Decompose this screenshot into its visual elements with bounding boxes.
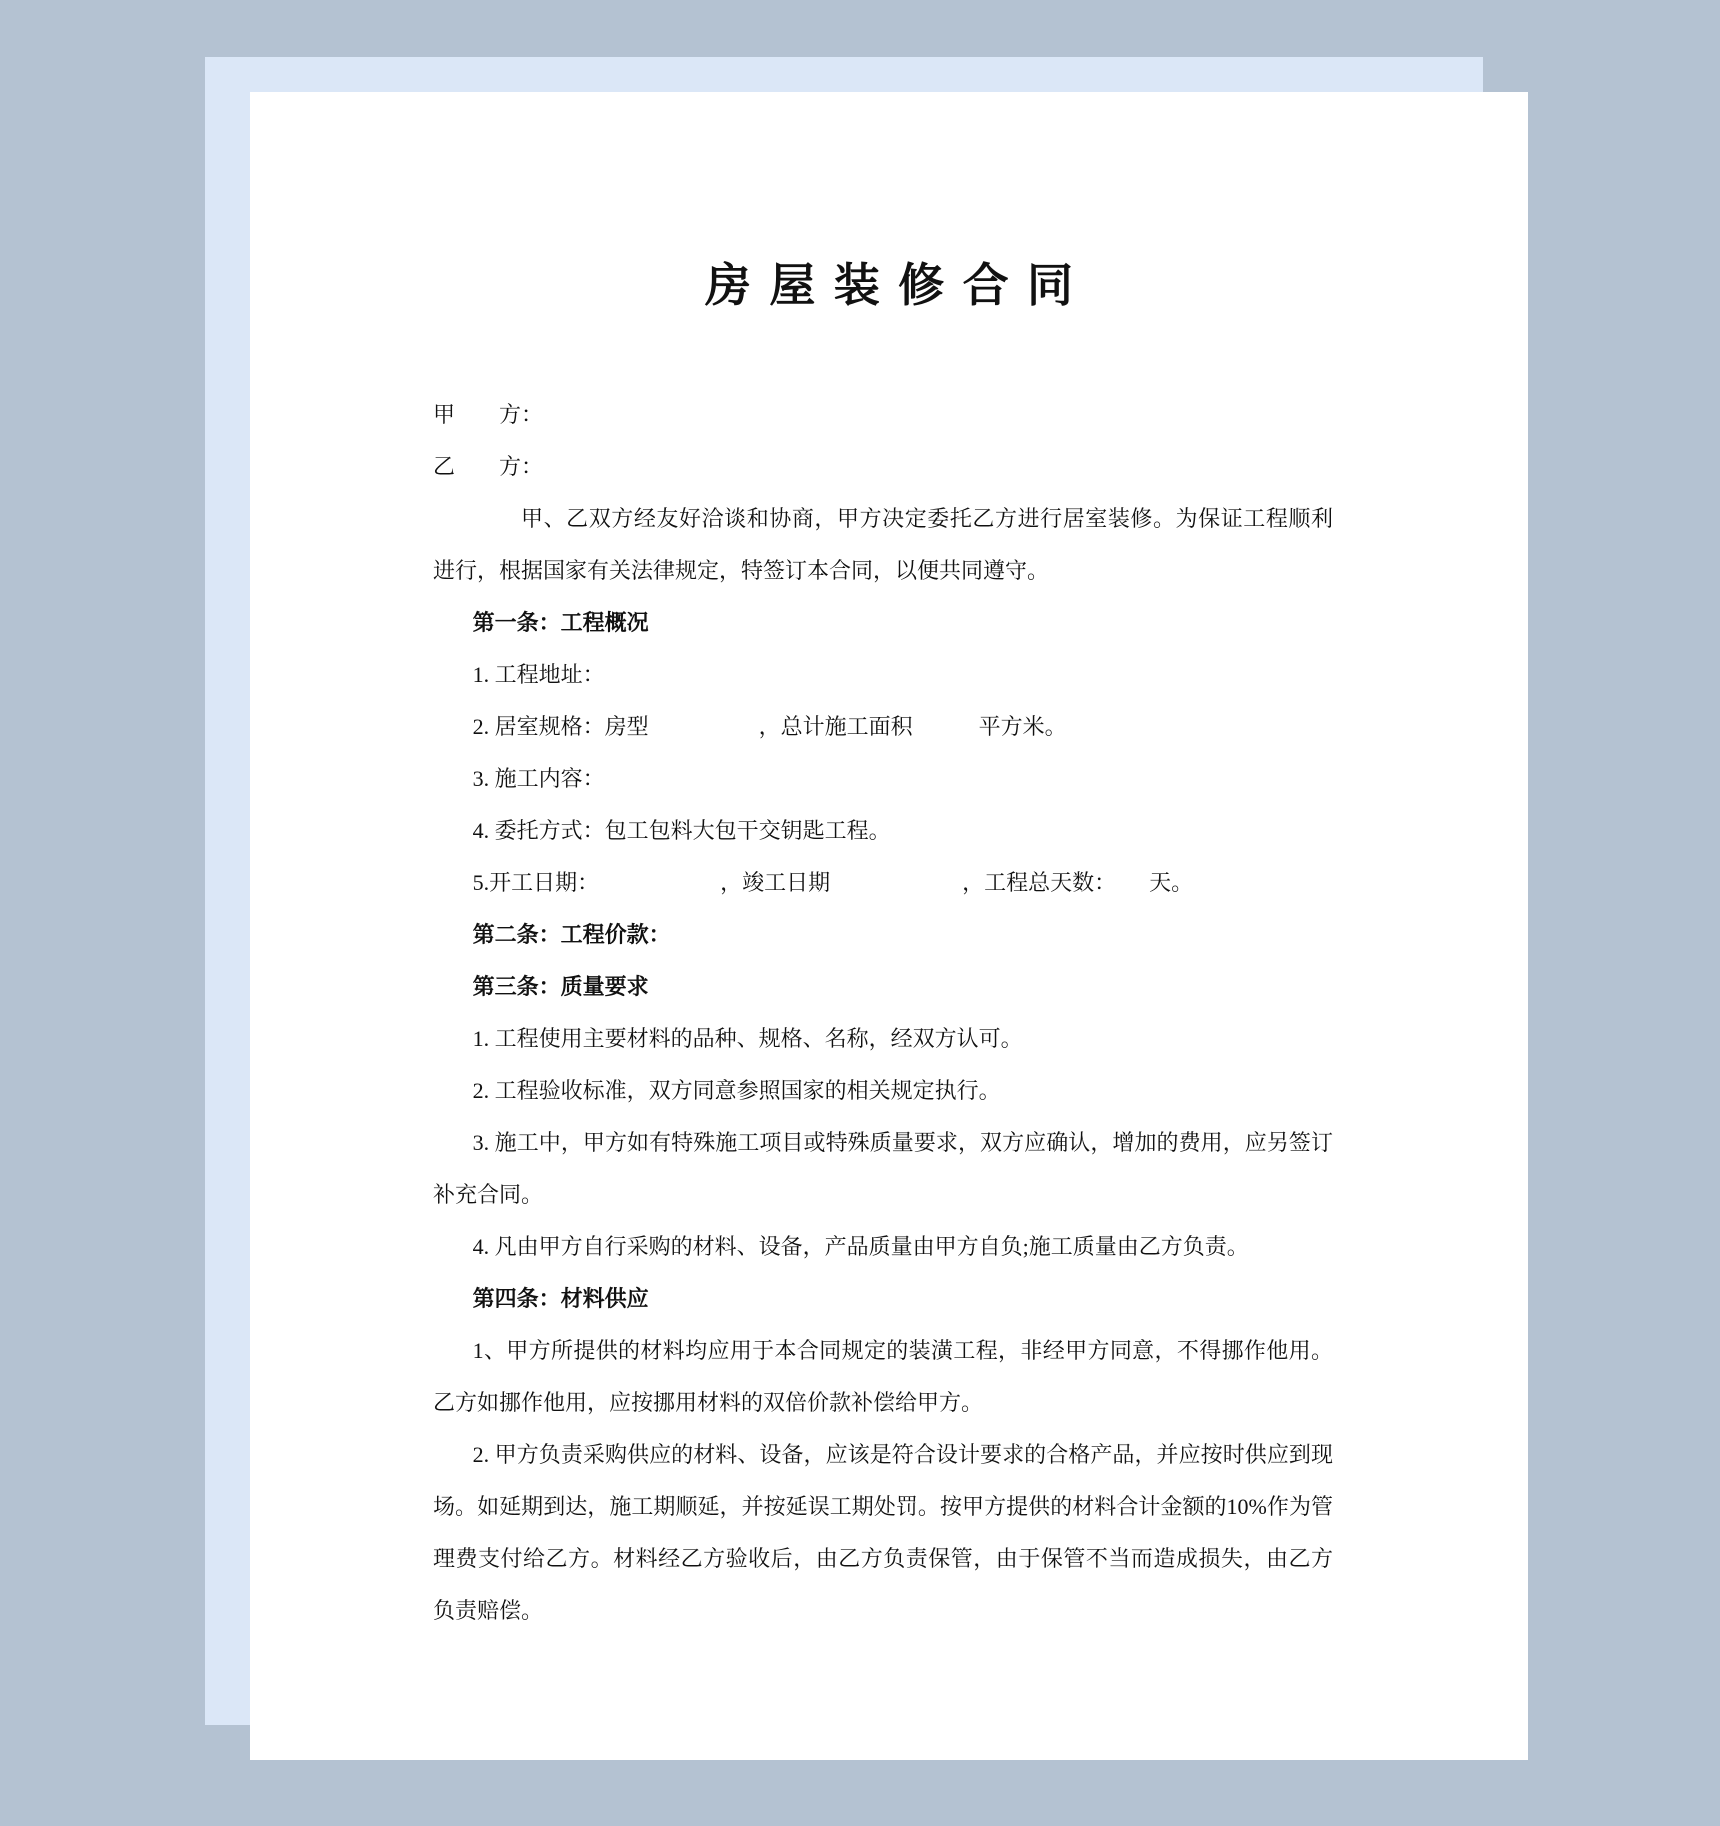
contract-paragraph-item: 2. 甲方负责采购供应的材料、设备，应该是符合设计要求的合格产品，并应按时供应到… — [433, 1429, 1333, 1637]
contract-paragraph-item: 4. 委托方式：包工包料大包干交钥匙工程。 — [433, 805, 1333, 857]
document-body: 甲 方：乙 方：甲、乙双方经友好洽谈和协商，甲方决定委托乙方进行居室装修。为保证… — [433, 389, 1333, 1637]
contract-paragraph-item: 4. 凡由甲方自行采购的材料、设备，产品质量由甲方自负;施工质量由乙方负责。 — [433, 1221, 1333, 1273]
contract-paragraph-item: 2. 居室规格：房型 ，总计施工面积 平方米。 — [433, 701, 1333, 753]
contract-paragraph-section: 第一条：工程概况 — [433, 597, 1333, 649]
contract-paragraph-item: 5.开工日期： ，竣工日期 ，工程总天数： 天。 — [433, 857, 1333, 909]
contract-paragraph-item: 1. 工程使用主要材料的品种、规格、名称，经双方认可。 — [433, 1013, 1333, 1065]
contract-paragraph-party: 甲 方： — [433, 389, 1333, 441]
contract-paragraph-section: 第三条：质量要求 — [433, 961, 1333, 1013]
contract-paragraph-party: 乙 方： — [433, 441, 1333, 493]
contract-paragraph-intro: 甲、乙双方经友好洽谈和协商，甲方决定委托乙方进行居室装修。为保证工程顺利进行，根… — [433, 493, 1333, 597]
contract-paragraph-section: 第四条：材料供应 — [433, 1273, 1333, 1325]
contract-paragraph-item: 1. 工程地址： — [433, 649, 1333, 701]
desktop-background: { "colors": { "background": "#b4c2d2", "… — [0, 0, 1720, 1826]
contract-paragraph-item: 1、甲方所提供的材料均应用于本合同规定的装潢工程，非经甲方同意，不得挪作他用。乙… — [433, 1325, 1333, 1429]
document-title: 房屋装修合同 — [250, 255, 1528, 315]
contract-paragraph-item: 3. 施工内容： — [433, 753, 1333, 805]
paper-front-sheet: 房屋装修合同 甲 方：乙 方：甲、乙双方经友好洽谈和协商，甲方决定委托乙方进行居… — [250, 92, 1528, 1760]
contract-paragraph-section: 第二条：工程价款： — [433, 909, 1333, 961]
contract-paragraph-item: 2. 工程验收标准，双方同意参照国家的相关规定执行。 — [433, 1065, 1333, 1117]
contract-paragraph-item: 3. 施工中，甲方如有特殊施工项目或特殊质量要求，双方应确认，增加的费用，应另签… — [433, 1117, 1333, 1221]
